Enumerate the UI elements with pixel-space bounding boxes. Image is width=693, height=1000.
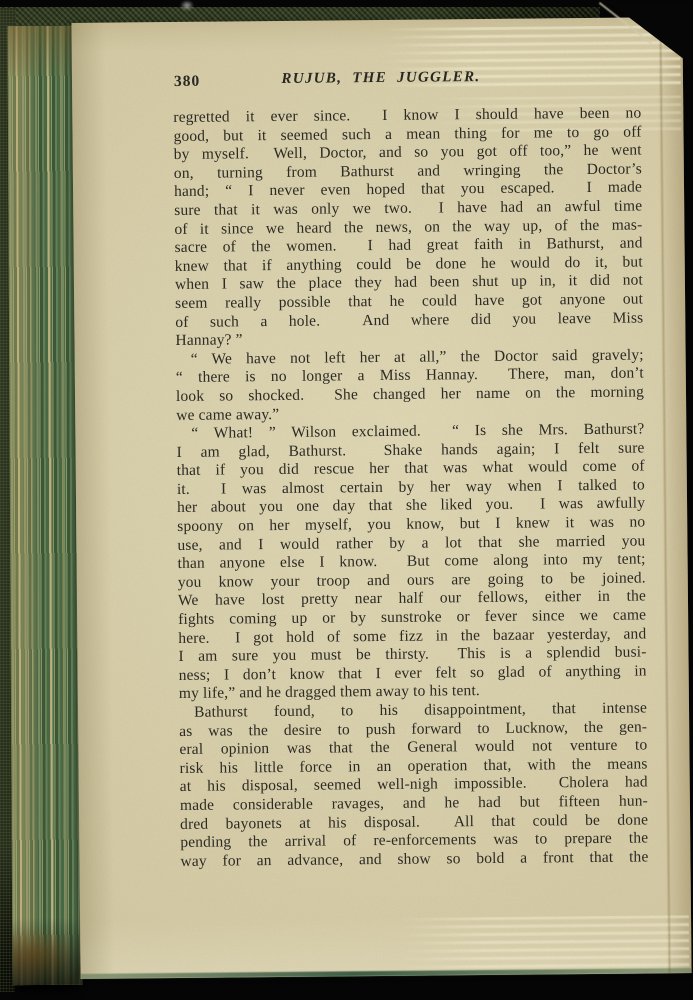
scan-streaks-bottom bbox=[399, 915, 689, 970]
page-curl-crease bbox=[658, 17, 671, 973]
running-header: RUJUB, THE JUGGLER. bbox=[147, 68, 615, 89]
printed-content: 380 RUJUB, THE JUGGLER. regretted it eve… bbox=[173, 67, 649, 871]
page-bottom-edge bbox=[81, 968, 692, 979]
book-page: 380 RUJUB, THE JUGGLER. regretted it eve… bbox=[71, 17, 691, 979]
paragraph: Bathurst found, to his disappointment, t… bbox=[179, 699, 649, 871]
paragraph: regretted it ever since. I know I should… bbox=[173, 104, 643, 350]
paragraph: “ We have not left her at all,” the Doct… bbox=[176, 346, 645, 425]
paragraph: “ What! ” Wilson exclaimed. “ Is she Mrs… bbox=[176, 421, 647, 704]
book-scan: 380 RUJUB, THE JUGGLER. regretted it eve… bbox=[0, 0, 693, 1000]
scan-artifact bbox=[180, 0, 194, 11]
running-head-row: 380 RUJUB, THE JUGGLER. bbox=[173, 67, 641, 91]
stacked-page-edges bbox=[7, 26, 82, 985]
body-text: regretted it ever since. I know I should… bbox=[173, 104, 648, 871]
text-line: way for an advance, and show so bold a f… bbox=[180, 848, 648, 871]
